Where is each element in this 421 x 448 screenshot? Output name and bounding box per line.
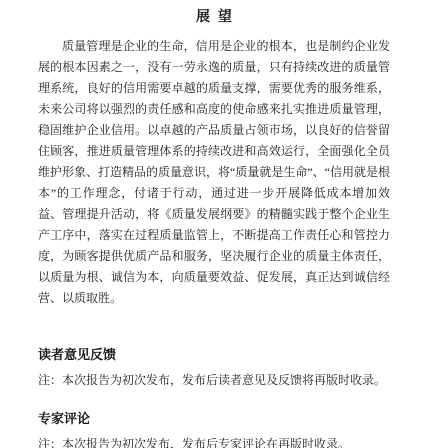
section-reader-feedback: 读者意见反馈 注：本次报告为初次发布，发布后读者意见及反馈将再版时收录。 [38,347,390,391]
body-paragraph: 质量管理是企业的生命，信用是企业的根本，也是制约企业发展的根本因素之一，没有一劳… [38,36,390,309]
section-heading-expert-comments: 专家评论 [38,411,390,427]
page-title: 展 望 [38,8,390,24]
section-expert-comments: 专家评论 注：本次报告为初次发布，发布后专家评论在再版时收录。 [38,411,390,448]
section-note-reader-feedback: 注：本次报告为初次发布，发布后读者意见及反馈将再版时收录。 [38,370,390,391]
section-note-expert-comments: 注：本次报告为初次发布，发布后专家评论在再版时收录。 [38,434,390,448]
document-page: 展 望 质量管理是企业的生命，信用是企业的根本，也是制约企业发展的根本因素之一，… [0,0,421,448]
section-heading-reader-feedback: 读者意见反馈 [38,347,390,363]
